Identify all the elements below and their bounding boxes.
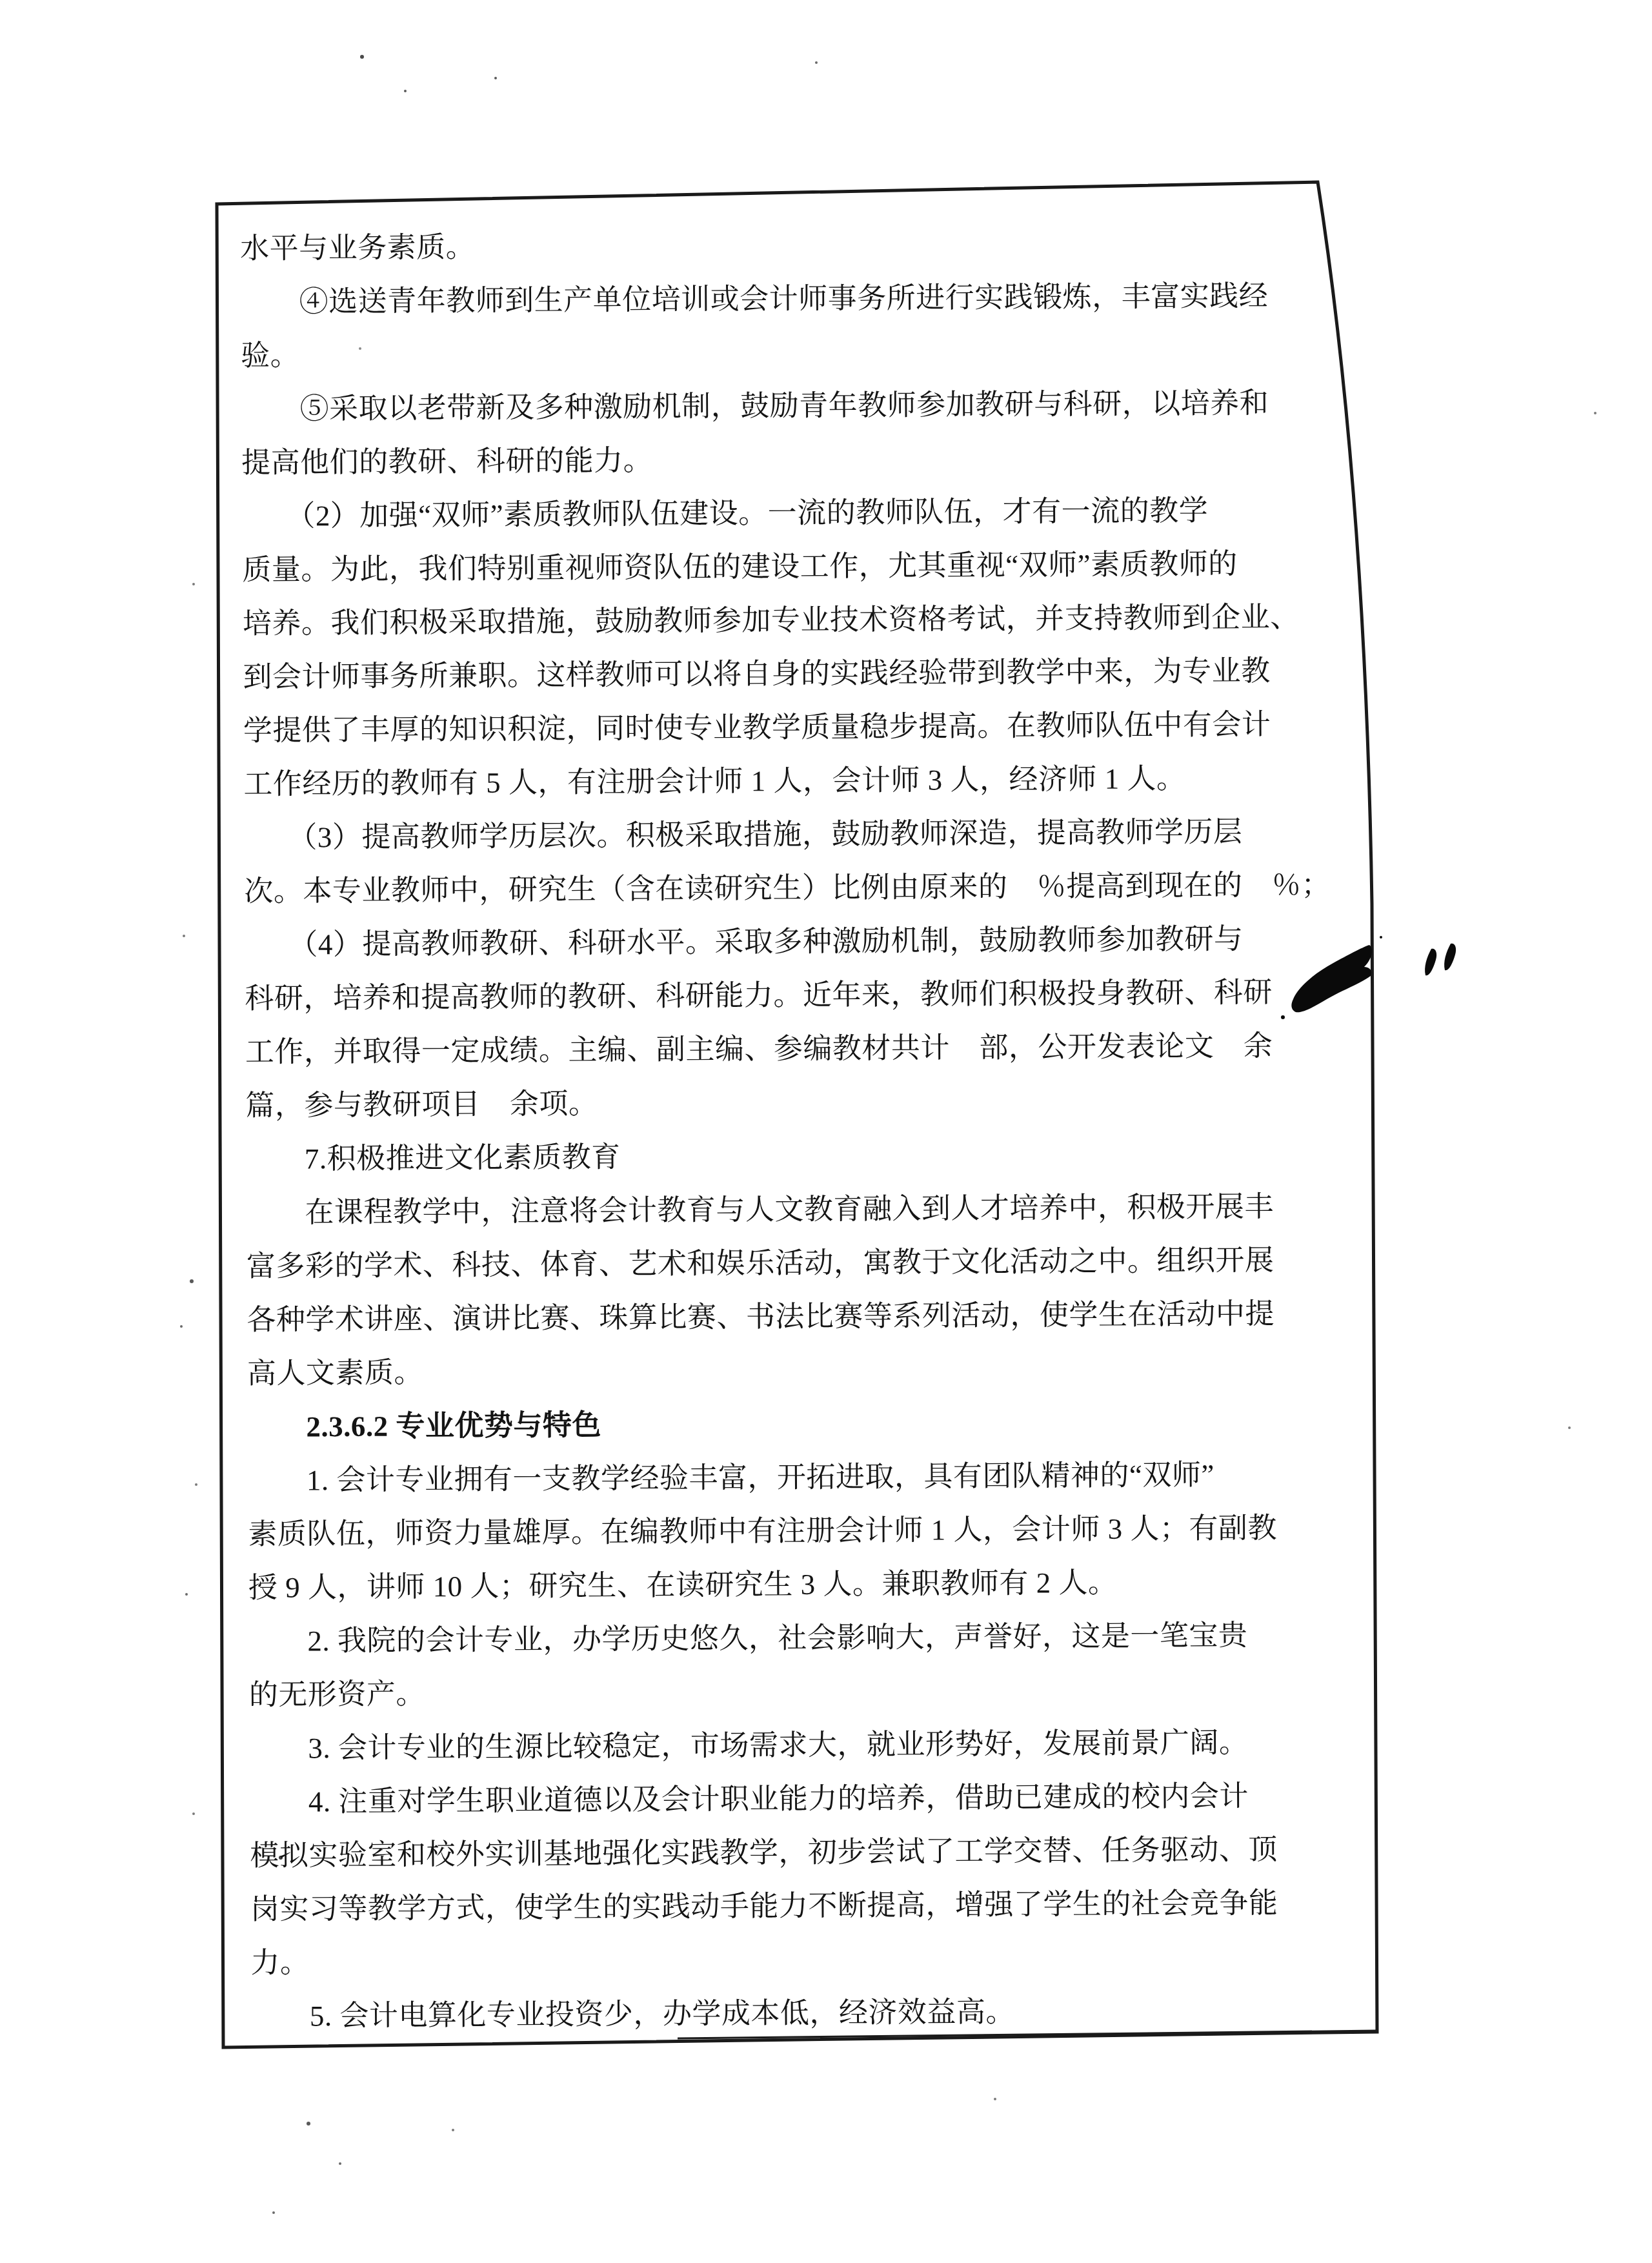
text-line: 学提供了丰厚的知识积淀，同时使专业教学质量稳步提高。在教师队伍中有会计: [243, 697, 1360, 758]
handwritten-mark: [1425, 944, 1456, 975]
text-line: 1. 会计专业拥有一支教学经验丰富，开拓进取，具有团队精神的“双师”: [248, 1447, 1364, 1508]
text-line: （4）提高教师教研、科研水平。采取多种激励机制，鼓励教师参加教研与: [245, 911, 1361, 972]
text-line: ⑤采取以老带新及多种激励机制，鼓励青年教师参加教研与科研，以培养和: [241, 376, 1358, 436]
text-line: 3. 会计专业的生源比较稳定，市场需求大，就业形势好，发展前景广阔。: [249, 1715, 1365, 1776]
scanned-document-page: 水平与业务素质。 ④选送青年教师到生产单位培训或会计师事务所进行实践锻炼，丰富实…: [0, 0, 1652, 2263]
text-line: 岗实习等教学方式，使学生的实践动手能力不断提高，增强了学生的社会竞争能: [250, 1876, 1367, 1936]
text-line: 到会计师事务所兼职。这样教师可以将自身的实践经验带到教学中来，为专业教: [243, 644, 1359, 704]
text-line: 7.积极推进文化素质教育: [246, 1126, 1362, 1186]
text-line: 富多彩的学术、科技、体育、艺术和娱乐活动，寓教于文化活动之中。组织开展: [247, 1233, 1363, 1294]
text-line: 工作，并取得一定成绩。主编、副主编、参编教材共计 部，公开发表论文 余: [245, 1019, 1362, 1079]
text-line: （3）提高教师学历层次。积极采取措施，鼓励教师深造，提高教师学历层: [244, 804, 1360, 865]
text-line: 工作经历的教师有 5 人，有注册会计师 1 人，会计师 3 人，经济师 1 人。: [243, 751, 1360, 811]
text-line: 在课程教学中，注意将会计教育与人文教育融入到人才培养中，积极开展丰: [246, 1179, 1362, 1240]
text-line: （2）加强“双师”素质教师队伍建设。一流的教师队伍，才有一流的教学: [242, 483, 1358, 543]
text-line: 提高他们的教研、科研的能力。: [241, 429, 1358, 490]
text-line: 高人文素质。: [247, 1340, 1364, 1401]
text-line: 5. 会计电算化专业投资少，办学成本低，经济效益高。: [251, 1983, 1367, 2044]
text-line: 的无形资产。: [249, 1661, 1365, 1722]
text-line: 2.3.6.2 专业优势与特色: [247, 1394, 1364, 1454]
text-line: 篇，参与教研项目 余项。: [245, 1072, 1362, 1133]
text-line: 科研，培养和提高教师的教研、科研能力。近年来，教师们积极投身教研、科研: [245, 965, 1361, 1026]
text-line: 次。本专业教师中，研究生（含在读研究生）比例由原来的 ％提高到现在的 ％；: [244, 858, 1360, 918]
document-text-block: 水平与业务素质。 ④选送青年教师到生产单位培训或会计师事务所进行实践锻炼，丰富实…: [240, 215, 1367, 2044]
text-line: 培养。我们积极采取措施，鼓励教师参加专业技术资格考试，并支持教师到企业、: [243, 590, 1359, 651]
text-line: 各种学术讲座、演讲比赛、珠算比赛、书法比赛等系列活动，使学生在活动中提: [247, 1286, 1363, 1347]
text-line: 4. 注重对学生职业道德以及会计职业能力的培养，借助已建成的校内会计: [250, 1769, 1366, 1829]
text-line: 模拟实验室和校外实训基地强化实践教学，初步尝试了工学交替、任务驱动、顶: [250, 1822, 1366, 1883]
text-line: 力。: [250, 1929, 1367, 1990]
text-line: 水平与业务素质。: [240, 215, 1356, 276]
text-line: 素质队伍，师资力量雄厚。在编教师中有注册会计师 1 人，会计师 3 人；有副教: [248, 1501, 1364, 1561]
text-line: 授 9 人，讲师 10 人；研究生、在读研究生 3 人。兼职教师有 2 人。: [248, 1554, 1365, 1615]
text-line: 验。: [241, 322, 1357, 383]
text-line: 2. 我院的会计专业，办学历史悠久，社会影响大，声誉好，这是一笔宝贵: [248, 1608, 1365, 1669]
text-line: ④选送青年教师到生产单位培训或会计师事务所进行实践锻炼，丰富实践经: [241, 269, 1357, 329]
text-line: 质量。为此，我们特别重视师资队伍的建设工作，尤其重视“双师”素质教师的: [242, 536, 1358, 597]
